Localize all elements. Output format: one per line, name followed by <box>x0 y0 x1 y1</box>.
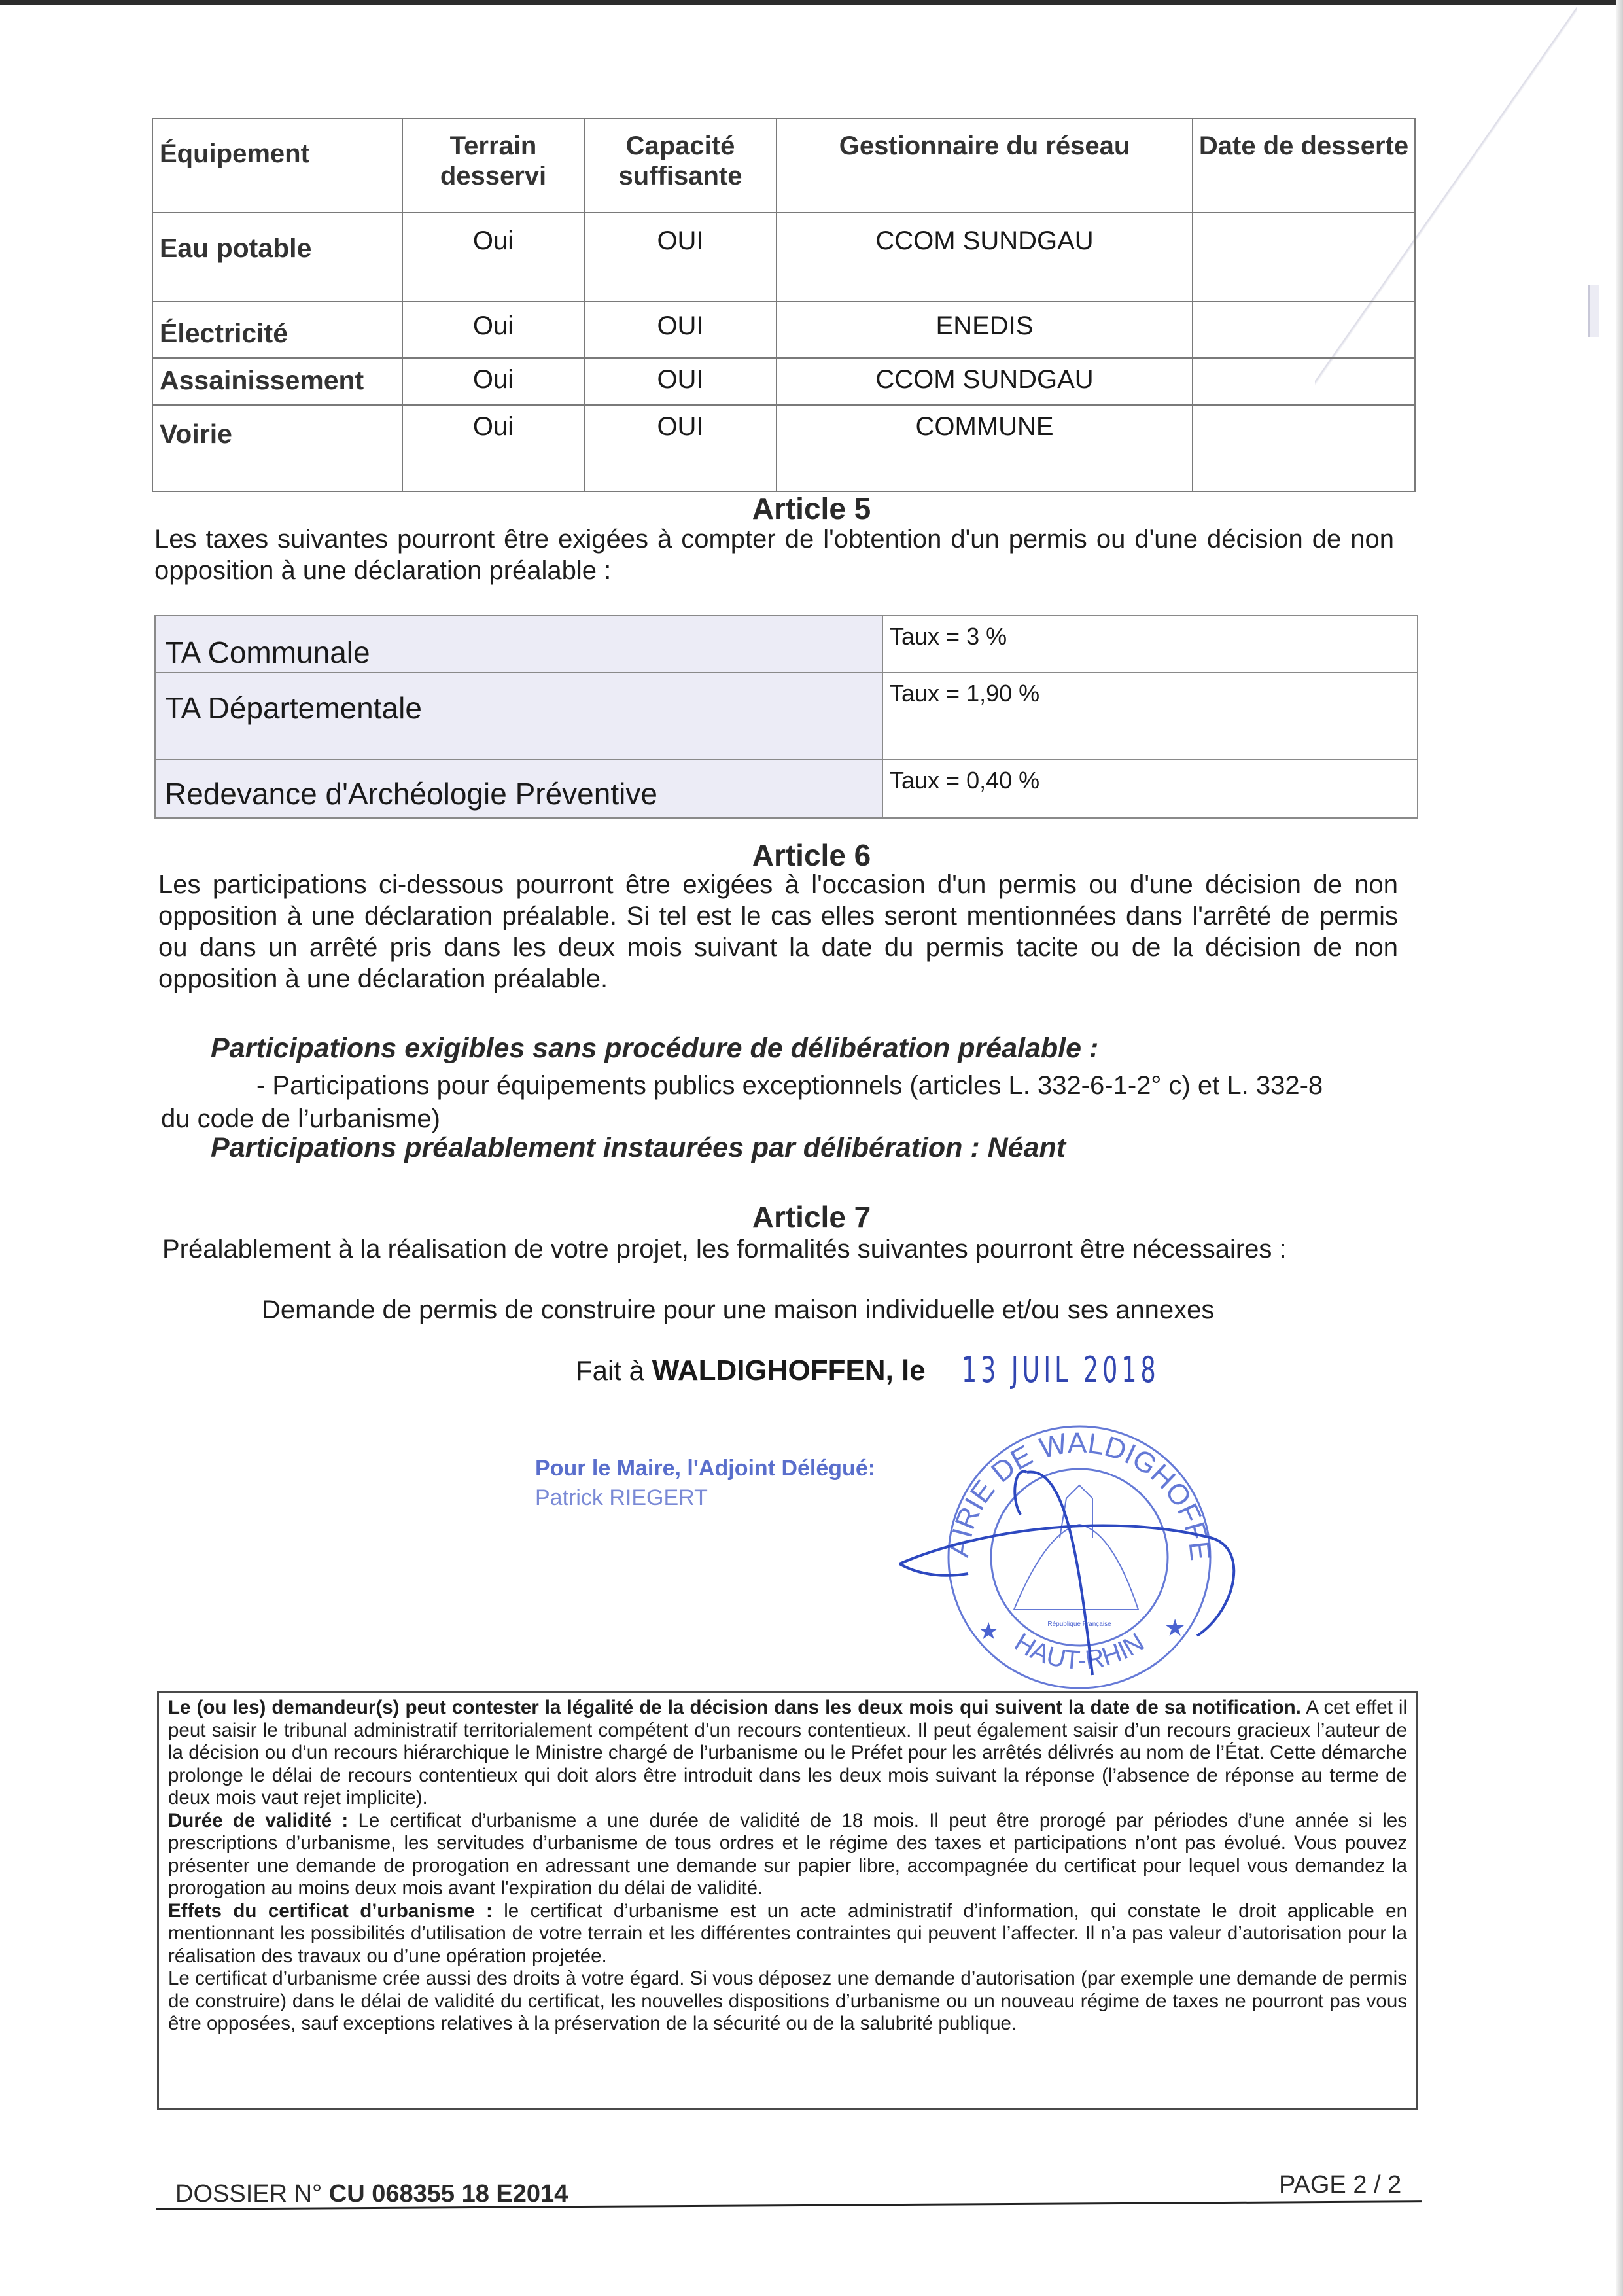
tax-rate: Taux = 0,40 % <box>882 760 1418 818</box>
cell-date <box>1193 213 1415 302</box>
legal-validite-heading: Durée de validité : <box>168 1810 348 1831</box>
legal-effets-heading: Effets du certificat d’urbanisme : <box>168 1900 493 1922</box>
participations-with-deliberation-heading: Participations préalablement instaurées … <box>211 1132 1066 1164</box>
cell-capacite: OUI <box>584 358 777 405</box>
scan-right-edge <box>1616 0 1623 2296</box>
cell-gestionnaire: COMMUNE <box>777 405 1193 491</box>
tax-rate: Taux = 3 % <box>882 616 1418 673</box>
cell-date <box>1193 405 1415 491</box>
participations-item-line2: du code de l’urbanisme) <box>161 1103 440 1135</box>
legal-recours-heading: Le (ou les) demandeur(s) peut contester … <box>168 1697 1301 1718</box>
cell-capacite: OUI <box>584 405 777 491</box>
page-number: PAGE 2 / 2 <box>1279 2171 1401 2199</box>
tax-row: Redevance d'Archéologie Préventive Taux … <box>155 760 1418 818</box>
table-row: Assainissement Oui OUI CCOM SUNDGAU <box>152 358 1415 405</box>
legal-paragraph-effets: Effets du certificat d’urbanisme : le ce… <box>168 1900 1407 1968</box>
article-6-title: Article 6 <box>0 838 1623 873</box>
stamp-date: 13 JUIL 2018 <box>962 1349 1160 1390</box>
made-at-prefix: Fait à <box>576 1355 652 1386</box>
cell-terrain: Oui <box>402 213 584 302</box>
made-at-line: Fait à WALDIGHOFFEN, le <box>576 1354 926 1387</box>
svg-text:HAUT-RHIN: HAUT-RHIN <box>1009 1627 1149 1674</box>
tax-label: TA Communale <box>155 616 882 673</box>
tax-rate: Taux = 1,90 % <box>882 673 1418 760</box>
legal-paragraph-recours: Le (ou les) demandeur(s) peut contester … <box>168 1697 1407 1810</box>
cell-capacite: OUI <box>584 213 777 302</box>
cell-date <box>1193 302 1415 358</box>
header-terrain-desservi: Terrain desservi <box>402 118 584 213</box>
legal-notice-box: Le (ou les) demandeur(s) peut contester … <box>157 1691 1418 2110</box>
dossier-number: DOSSIER N° CU 068355 18 E2014 <box>175 2180 568 2208</box>
cell-equipement: Assainissement <box>152 358 402 405</box>
participations-without-deliberation-heading: Participations exigibles sans procédure … <box>211 1033 1098 1065</box>
participations-item-line1: - Participations pour équipements public… <box>256 1070 1398 1101</box>
tax-table: TA Communale Taux = 3 % TA Départemental… <box>154 615 1418 819</box>
legal-paragraph-validite: Durée de validité : Le certificat d’urba… <box>168 1810 1407 1900</box>
table-row: Eau potable Oui OUI CCOM SUNDGAU <box>152 213 1415 302</box>
legal-validite-text: Le certificat d’urbanisme a une durée de… <box>168 1810 1407 1899</box>
header-gestionnaire: Gestionnaire du réseau <box>777 118 1193 213</box>
cell-capacite: OUI <box>584 302 777 358</box>
cell-gestionnaire: CCOM SUNDGAU <box>777 358 1193 405</box>
cell-terrain: Oui <box>402 302 584 358</box>
article-5-title: Article 5 <box>0 491 1623 526</box>
header-equipement: Équipement <box>152 118 402 213</box>
tax-row: TA Communale Taux = 3 % <box>155 616 1418 673</box>
mairie-seal-stamp: MAIRIE DE WALDIGHOFFEN HAUT-RHIN Républi… <box>896 1400 1263 1701</box>
made-at-city: WALDIGHOFFEN, le <box>652 1354 926 1386</box>
equipment-table-header: Équipement Terrain desservi Capacité suf… <box>152 118 1415 213</box>
header-capacite-suffisante: Capacité suffisante <box>584 118 777 213</box>
table-row: Électricité Oui OUI ENEDIS <box>152 302 1415 358</box>
legal-paragraph-droits: Le certificat d’urbanisme crée aussi des… <box>168 1968 1407 2036</box>
seal-star-icon: ★ <box>978 1617 999 1644</box>
seal-star-icon: ★ <box>1164 1614 1185 1641</box>
article-6-intro: Les participations ci-dessous pourront ê… <box>158 869 1398 995</box>
tax-row: TA Départementale Taux = 1,90 % <box>155 673 1418 760</box>
cell-equipement: Eau potable <box>152 213 402 302</box>
cell-gestionnaire: CCOM SUNDGAU <box>777 213 1193 302</box>
article-7-formality: Demande de permis de construire pour une… <box>262 1294 1214 1326</box>
table-row: Voirie Oui OUI COMMUNE <box>152 405 1415 491</box>
cell-gestionnaire: ENEDIS <box>777 302 1193 358</box>
article-7-title: Article 7 <box>0 1199 1623 1235</box>
dossier-value: CU 068355 18 E2014 <box>329 2180 568 2208</box>
cell-equipement: Électricité <box>152 302 402 358</box>
cell-equipement: Voirie <box>152 405 402 491</box>
page-edge-mark <box>1588 285 1599 337</box>
signatory-role: Pour le Maire, l'Adjoint Délégué: <box>535 1456 875 1481</box>
dossier-label: DOSSIER N° <box>175 2180 329 2208</box>
header-date-desserte: Date de desserte <box>1193 118 1415 213</box>
article-7-intro: Préalablement à la réalisation de votre … <box>162 1233 1287 1265</box>
tax-label: Redevance d'Archéologie Préventive <box>155 760 882 818</box>
equipment-table: Équipement Terrain desservi Capacité suf… <box>152 118 1416 492</box>
cell-date <box>1193 358 1415 405</box>
seal-bottom-text: HAUT-RHIN <box>1009 1627 1149 1674</box>
signatory-name: Patrick RIEGERT <box>535 1485 708 1511</box>
cell-terrain: Oui <box>402 358 584 405</box>
cell-terrain: Oui <box>402 405 584 491</box>
tax-label: TA Départementale <box>155 673 882 760</box>
article-5-intro: Les taxes suivantes pourront être exigée… <box>154 523 1394 586</box>
seal-center-text: République Française <box>1047 1621 1111 1628</box>
